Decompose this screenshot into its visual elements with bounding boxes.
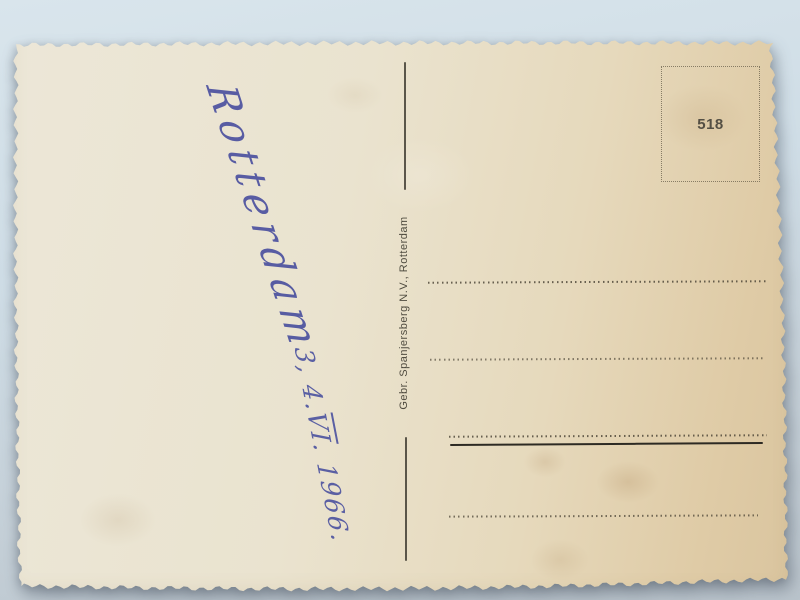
- handwritten-date: 3, 4.VI. 1966.: [288, 347, 356, 543]
- address-line: [449, 434, 767, 437]
- address-line: [428, 280, 768, 283]
- address-separator-line: [450, 442, 763, 446]
- handwritten-date-month: VI: [301, 412, 337, 444]
- address-line: [449, 514, 758, 517]
- divider-line-top: [404, 62, 406, 190]
- photo-background: Gebr. Spanjersberg N.V., Rotterdam 518 R…: [0, 0, 800, 600]
- postcard-wrapper: Gebr. Spanjersberg N.V., Rotterdam 518 R…: [0, 0, 800, 600]
- publisher-imprint: Gebr. Spanjersberg N.V., Rotterdam: [398, 194, 410, 432]
- divider-line-bottom: [405, 437, 407, 561]
- address-line: [430, 357, 766, 360]
- stamp-box: 518: [661, 66, 760, 182]
- handwritten-city: Rotterdam: [196, 83, 330, 352]
- handwritten-date-prefix: 3, 4.: [288, 347, 330, 412]
- stamp-box-number: 518: [697, 116, 724, 133]
- handwritten-date-suffix: . 1966.: [307, 443, 356, 543]
- postcard-back: Gebr. Spanjersberg N.V., Rotterdam 518 R…: [0, 0, 800, 600]
